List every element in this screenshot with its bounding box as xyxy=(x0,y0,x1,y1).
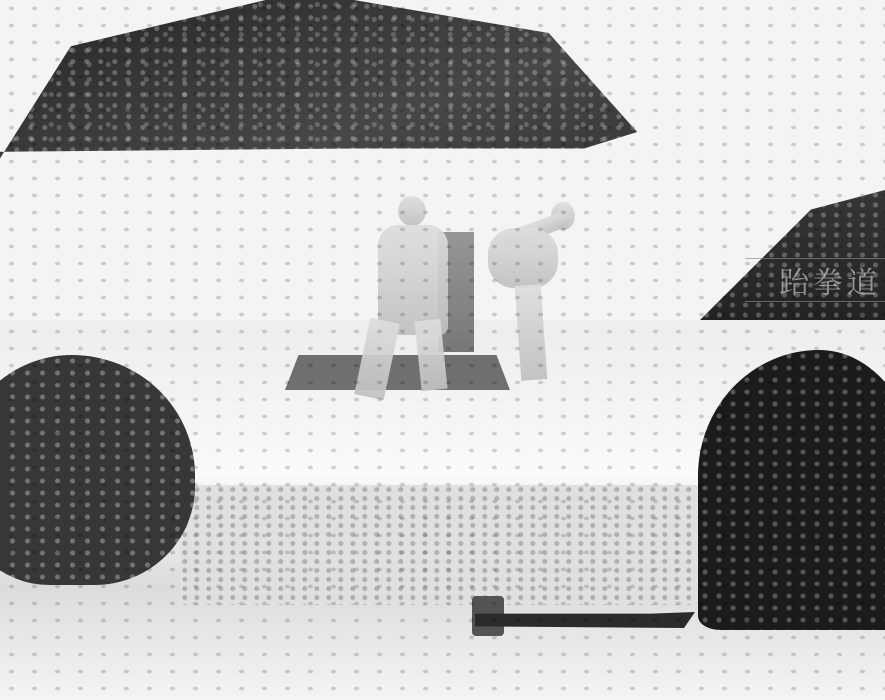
photograph: 跆拳道 xyxy=(0,0,885,700)
water-droplet-overlay xyxy=(0,0,885,700)
